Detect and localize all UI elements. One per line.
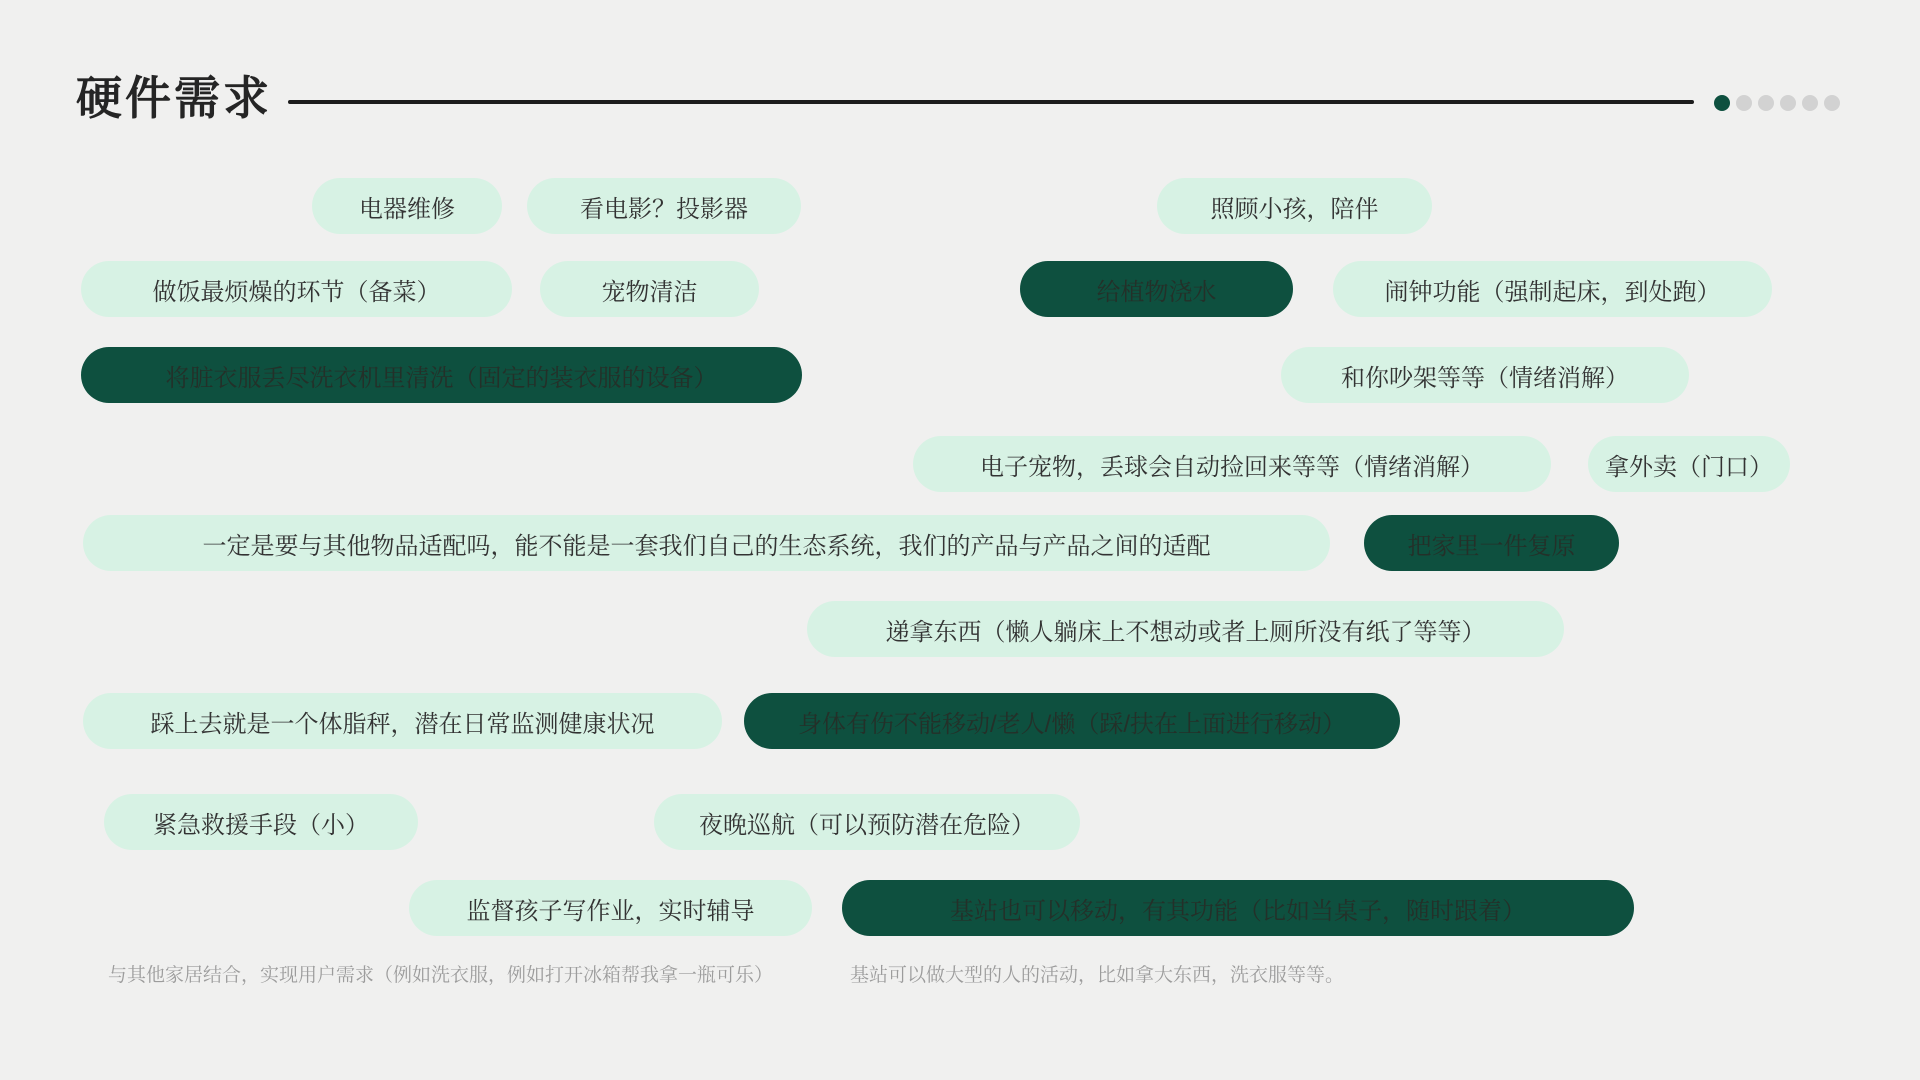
tag-fetch-items-lazy: 递拿东西（懒人躺床上不想动或者上厕所没有纸了等等） [807,601,1564,657]
title-divider-line [288,100,1694,104]
tag-pet-cleaning: 宠物清洁 [540,261,759,317]
page-dot-active[interactable] [1714,95,1730,111]
page-dot[interactable] [1802,95,1818,111]
tag-takeout-door: 拿外卖（门口） [1588,436,1790,492]
tag-appliance-repair: 电器维修 [312,178,502,234]
page-dot[interactable] [1758,95,1774,111]
page-dot[interactable] [1736,95,1752,111]
tag-movie-projector: 看电影？投影器 [527,178,801,234]
page-title: 硬件需求 [76,62,272,128]
tag-laundry-device: 将脏衣服丢尽洗衣机里清洗（固定的装衣服的设备） [81,347,802,403]
tag-mobile-base-station: 基站也可以移动，有其功能（比如当桌子，随时跟着） [842,880,1634,936]
tag-emergency-rescue: 紧急救援手段（小） [104,794,418,850]
tag-water-plants: 给植物浇水 [1020,261,1293,317]
footnote-base-station: 基站可以做大型的人的活动，比如拿大东西，洗衣服等等。 [850,960,1344,987]
page-dot[interactable] [1780,95,1796,111]
tag-argue-emotion: 和你吵架等等（情绪消解） [1281,347,1689,403]
tag-alarm-clock: 闹钟功能（强制起床，到处跑） [1333,261,1772,317]
tag-homework-tutoring: 监督孩子写作业，实时辅导 [409,880,812,936]
tag-childcare-company: 照顾小孩，陪伴 [1157,178,1432,234]
tag-night-patrol: 夜晚巡航（可以预防潜在危险） [654,794,1080,850]
slide-progress-dots [1714,95,1840,111]
page-dot[interactable] [1824,95,1840,111]
tag-restore-home-item: 把家里一件复原 [1364,515,1619,571]
footnote-home-integration: 与其他家居结合，实现用户需求（例如洗衣服，例如打开冰箱帮我拿一瓶可乐） [108,960,773,987]
tag-epet-fetch-ball: 电子宠物，丢球会自动捡回来等等（情绪消解） [913,436,1551,492]
tag-own-ecosystem: 一定是要与其他物品适配吗，能不能是一套我们自己的生态系统，我们的产品与产品之间的… [83,515,1330,571]
tag-cooking-prep: 做饭最烦燥的环节（备菜） [81,261,512,317]
tag-mobility-assist: 身体有伤不能移动/老人/懒（踩/扶在上面进行移动） [744,693,1400,749]
slide: 硬件需求 电器维修 看电影？投影器 照顾小孩，陪伴 做饭最烦燥的环节（备菜） 宠… [0,0,1920,1080]
tag-body-fat-scale: 踩上去就是一个体脂秤，潜在日常监测健康状况 [83,693,722,749]
